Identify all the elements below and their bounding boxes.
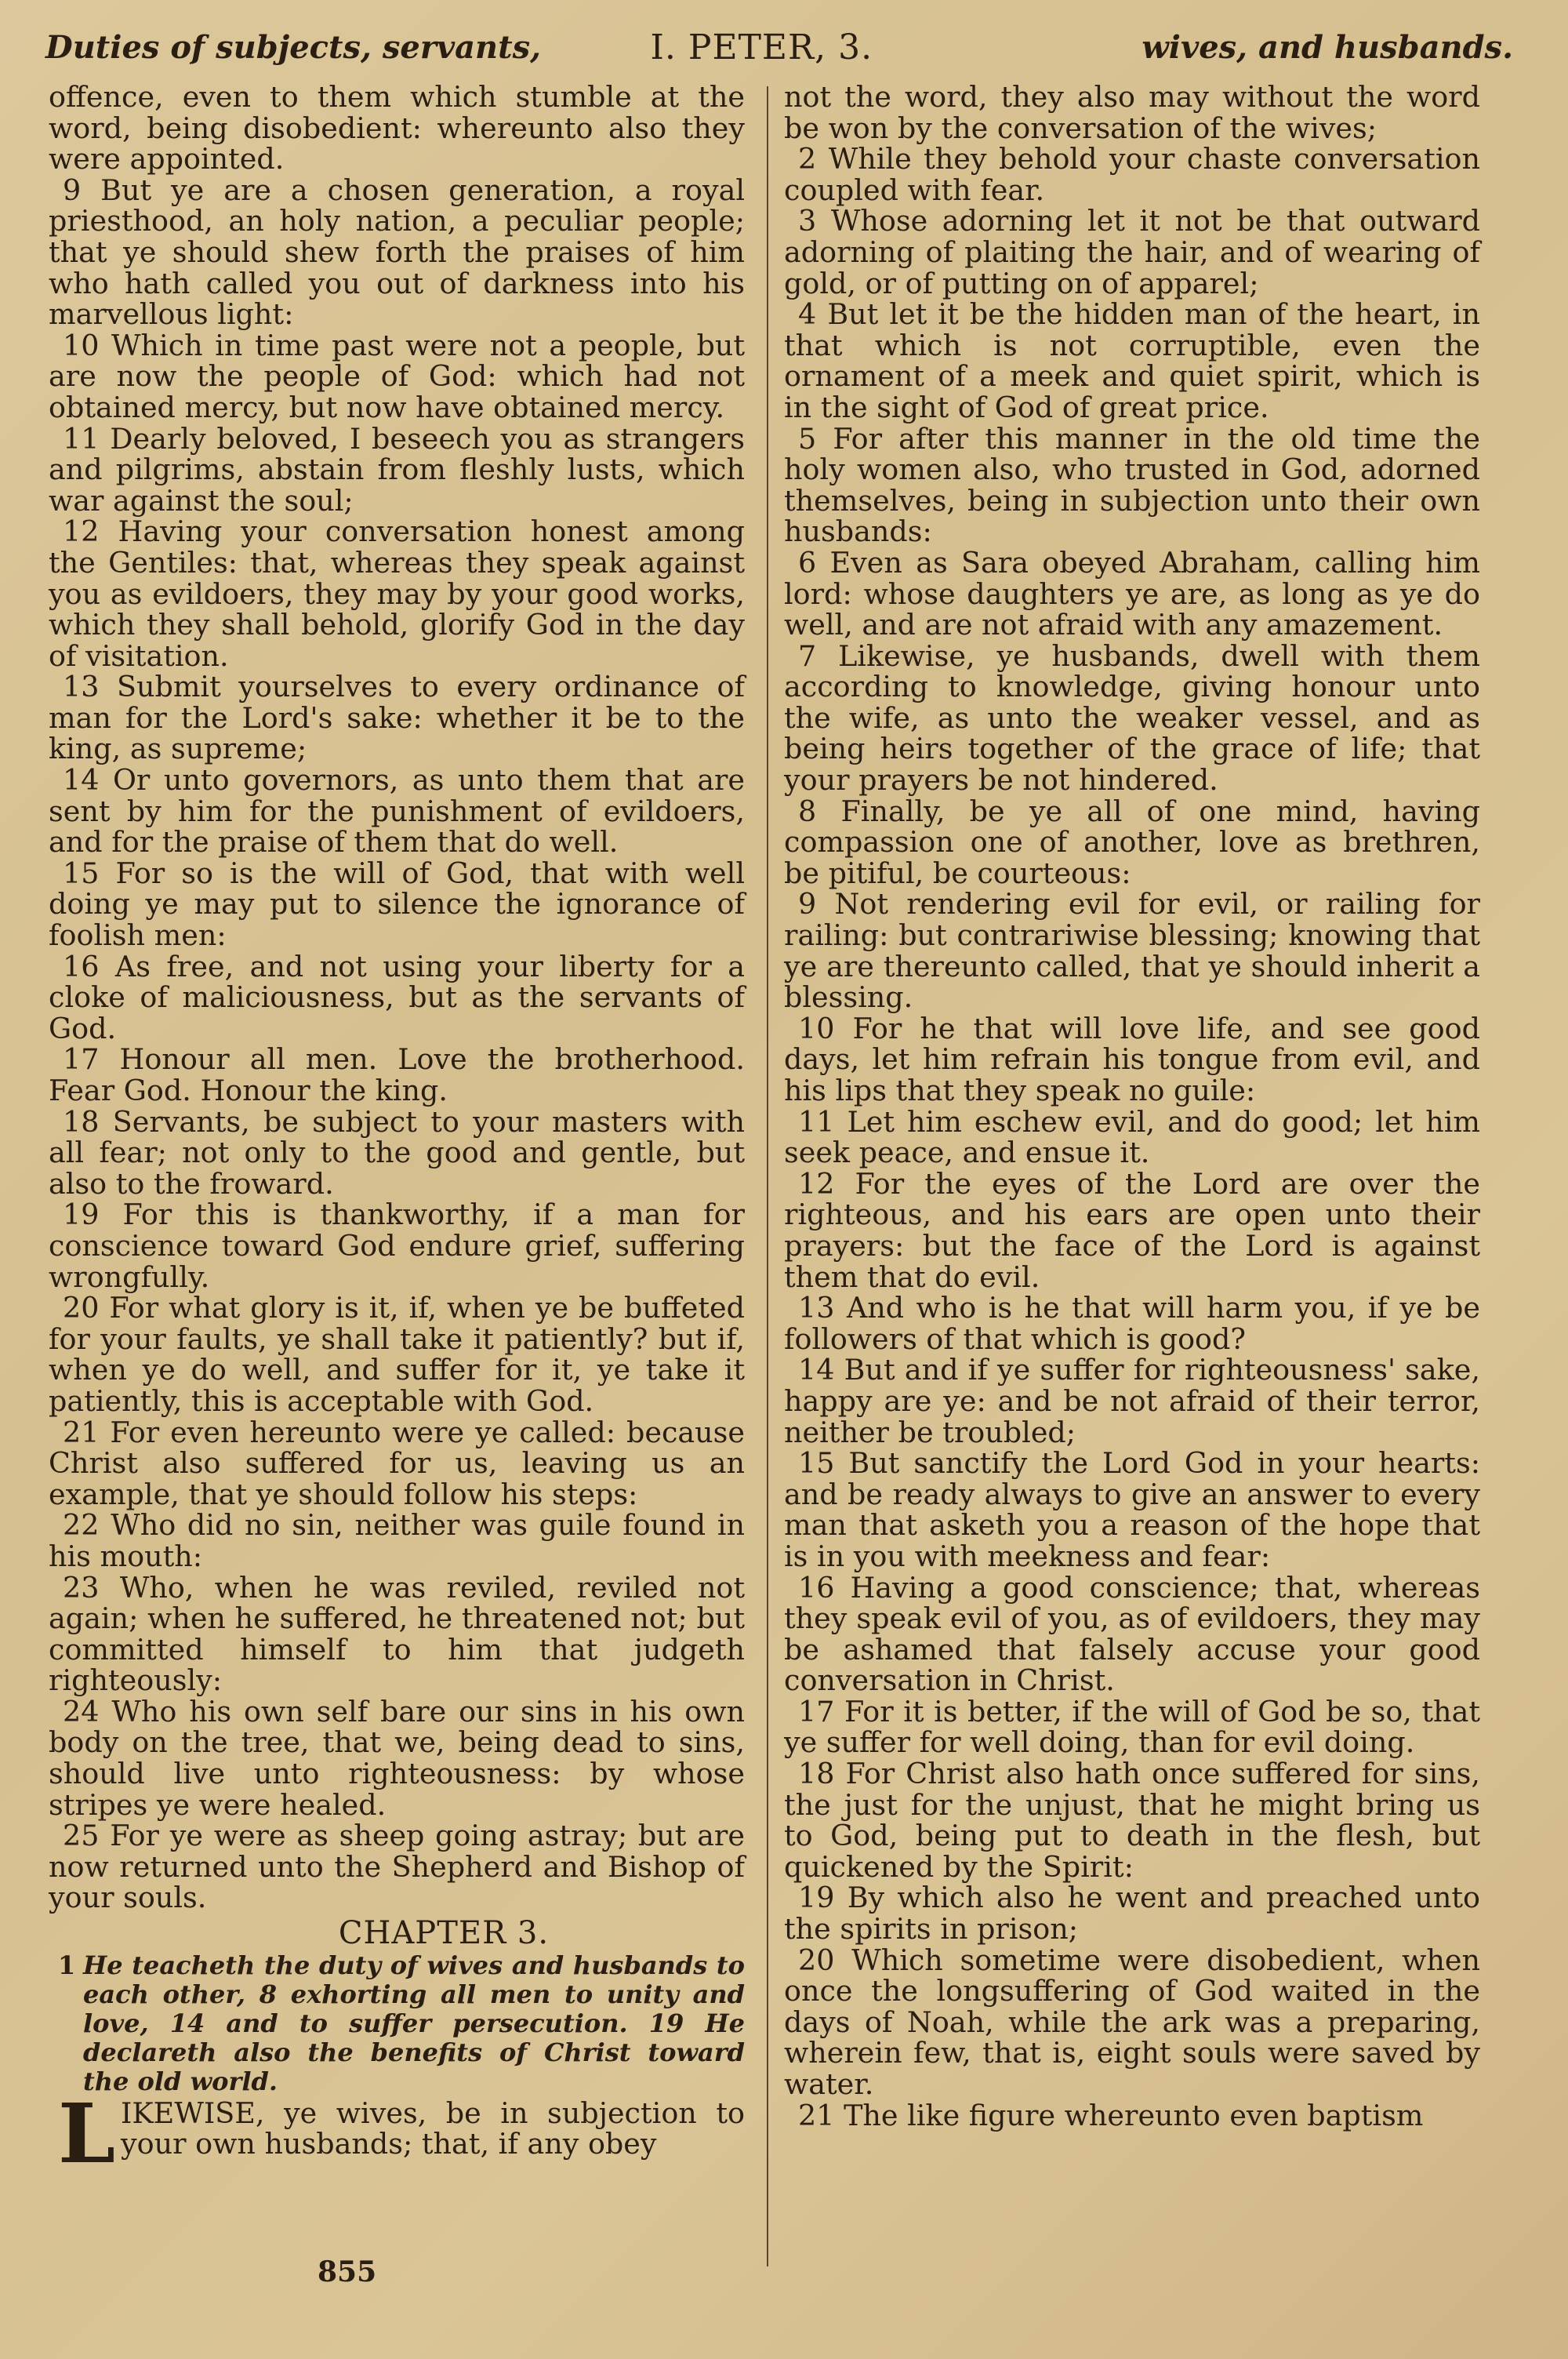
verse: 9 Not rendering evil for evil, or railin…: [784, 889, 1480, 1012]
chapter-summary: 1 He teacheth the duty of wives and husb…: [49, 1951, 745, 2096]
verse: 17 Honour all men. Love the brotherhood.…: [49, 1044, 745, 1106]
verse: 10 Which in time past were not a people,…: [49, 330, 745, 423]
verse-number: 14: [798, 1353, 834, 1387]
right-column: not the word, they also may without the …: [784, 82, 1480, 2131]
left-verse-list: 9 But ye are a chosen generation, a roya…: [49, 175, 745, 1914]
drop-cap: L: [58, 2101, 115, 2167]
verse-text: For he that will love life, and see good…: [784, 1012, 1480, 1107]
verse: 19 By which also he went and preached un…: [784, 1882, 1480, 1944]
right-verse-list: 2 While they behold your chaste conversa…: [784, 144, 1480, 2131]
header-left: Duties of subjects, servants,: [45, 29, 541, 66]
verse-text: Finally, be ye all of one mind, having c…: [784, 794, 1480, 890]
verse-number: 2: [798, 142, 816, 176]
verse-text: Honour all men. Love the brotherhood. Fe…: [49, 1042, 745, 1107]
verse: 20 Which sometime were disobedient, when…: [784, 1945, 1480, 2100]
verse: 6 Even as Sara obeyed Abraham, calling h…: [784, 547, 1480, 641]
running-header: Duties of subjects, servants, I. PETER, …: [45, 24, 1513, 71]
verse-number: 19: [63, 1198, 99, 1231]
verse: 10 For he that will love life, and see g…: [784, 1013, 1480, 1107]
verse-text: Dearly beloved, I beseech you as strange…: [49, 422, 745, 518]
verse-text: Who his own self bare our sins in his ow…: [49, 1695, 745, 1822]
verse-number: 9: [63, 173, 81, 207]
verse-number: 21: [798, 2099, 834, 2132]
verse: 21 For even hereunto were ye called: bec…: [49, 1417, 745, 1510]
verse-number: 16: [63, 950, 99, 983]
verse-text: For what glory is it, if, when ye be buf…: [49, 1291, 745, 1418]
header-book-chapter: I. PETER, 3.: [650, 27, 873, 67]
verse: 16 Having a good conscience; that, where…: [784, 1572, 1480, 1696]
summary-text: He teacheth the duty of wives and husban…: [83, 1950, 745, 2096]
verse-text: Or unto governors, as unto them that are…: [49, 763, 745, 859]
verse-number: 12: [798, 1167, 834, 1201]
verse-number: 18: [63, 1105, 99, 1139]
verse: 4 But let it be the hidden man of the he…: [784, 299, 1480, 423]
verse: 14 But and if ye suffer for righteousnes…: [784, 1354, 1480, 1448]
verse-number: 25: [63, 1819, 99, 1852]
verse-number: 22: [63, 1508, 99, 1542]
verse: 17 For it is better, if the will of God …: [784, 1696, 1480, 1758]
verse-text: Having a good conscience; that, whereas …: [784, 1571, 1480, 1698]
verse-number: 5: [798, 422, 816, 456]
header-right: wives, and husbands.: [1142, 29, 1513, 66]
verse-number: 6: [798, 546, 816, 580]
verse-number: 19: [798, 1881, 834, 1914]
verse: 12 Having your conversation honest among…: [49, 516, 745, 671]
chapter-opening: L IKEWISE, ye wives, be in subjection to…: [49, 2098, 745, 2160]
verse-number: 15: [798, 1446, 834, 1480]
verse: 7 Likewise, ye husbands, dwell with them…: [784, 641, 1480, 796]
verse: 9 But ye are a chosen generation, a roya…: [49, 175, 745, 330]
verse-text: Submit yourselves to every ordinance of …: [49, 670, 745, 765]
verse-text: Who, when he was reviled, reviled not ag…: [49, 1571, 745, 1698]
verse-number: 12: [63, 514, 99, 548]
verse-text: Even as Sara obeyed Abraham, calling him…: [784, 546, 1480, 642]
verse-text: Which in time past were not a people, bu…: [49, 329, 745, 424]
verse-number: 23: [63, 1571, 99, 1605]
verse: 18 Servants, be subject to your masters …: [49, 1107, 745, 1200]
verse-number: 21: [63, 1416, 99, 1449]
page-number: 855: [318, 2255, 376, 2288]
verse: 20 For what glory is it, if, when ye be …: [49, 1292, 745, 1416]
verse: 25 For ye were as sheep going astray; bu…: [49, 1820, 745, 1914]
verse-number: 18: [798, 1757, 834, 1790]
verse-text: Whose adorning let it not be that outwar…: [784, 204, 1480, 300]
verse-text: And who is he that will harm you, if ye …: [784, 1291, 1480, 1356]
verse-number: 7: [798, 639, 816, 673]
verse-text: For it is better, if the will of God be …: [784, 1695, 1480, 1760]
verse-number: 17: [63, 1042, 99, 1076]
verse-text: Who did no sin, neither was guile found …: [49, 1508, 745, 1573]
verse-number: 11: [63, 422, 99, 456]
verse-text: Likewise, ye husbands, dwell with them a…: [784, 639, 1480, 797]
verse-number: 4: [798, 297, 816, 331]
column-divider: [767, 86, 768, 2266]
verse: 16 As free, and not using your liberty f…: [49, 951, 745, 1045]
verse-text: For ye were as sheep going astray; but a…: [49, 1819, 745, 1914]
verse-number: 9: [798, 887, 816, 921]
verse-text: But and if ye suffer for righteousness' …: [784, 1353, 1480, 1448]
chapter-heading: CHAPTER 3.: [143, 1918, 745, 1950]
verse: 13 And who is he that will harm you, if …: [784, 1292, 1480, 1354]
verse-number: 24: [63, 1695, 99, 1728]
verse: 19 For this is thankworthy, if a man for…: [49, 1199, 745, 1292]
verse-number: 16: [798, 1571, 834, 1605]
verse-text: Having your conversation honest among th…: [49, 514, 745, 672]
verse-number: 10: [798, 1012, 834, 1045]
verse-text: For Christ also hath once suffered for s…: [784, 1757, 1480, 1884]
verse-text: For this is thankworthy, if a man for co…: [49, 1198, 745, 1293]
verse-text: Not rendering evil for evil, or railing …: [784, 887, 1480, 1014]
verse-number: 3: [798, 204, 816, 238]
summary-verse-number: 1: [58, 1951, 75, 1980]
verse-number: 11: [798, 1105, 834, 1139]
verse-text: But sanctify the Lord God in your hearts…: [784, 1446, 1480, 1573]
verse: 2 While they behold your chaste conversa…: [784, 144, 1480, 205]
verse-text: For even hereunto were ye called: becaus…: [49, 1416, 745, 1511]
verse: 5 For after this manner in the old time …: [784, 423, 1480, 547]
verse-text: The like figure whereunto even baptism: [844, 2099, 1423, 2132]
verse: 12 For the eyes of the Lord are over the…: [784, 1169, 1480, 1292]
verse-text: Which sometime were disobedient, when on…: [784, 1943, 1480, 2101]
verse-number: 20: [63, 1291, 99, 1325]
verse-text: For the eyes of the Lord are over the ri…: [784, 1167, 1480, 1294]
verse-number: 20: [798, 1943, 834, 1977]
verse: 8 Finally, be ye all of one mind, having…: [784, 796, 1480, 889]
verse-text: While they behold your chaste conversati…: [784, 142, 1480, 207]
left-column: offence, even to them which stumble at t…: [49, 82, 745, 2160]
verse: 18 For Christ also hath once suffered fo…: [784, 1758, 1480, 1882]
verse-text: But let it be the hidden man of the hear…: [784, 297, 1480, 424]
verse: 13 Submit yourselves to every ordinance …: [49, 671, 745, 765]
verse: 21 The like figure whereunto even baptis…: [784, 2100, 1480, 2132]
verse-continuation: offence, even to them which stumble at t…: [49, 82, 745, 175]
verse-number: 13: [63, 670, 99, 703]
verse-text: Servants, be subject to your masters wit…: [49, 1105, 745, 1201]
verse: 3 Whose adorning let it not be that outw…: [784, 205, 1480, 299]
verse-number: 13: [798, 1291, 834, 1325]
verse-text: Let him eschew evil, and do good; let hi…: [784, 1105, 1480, 1170]
verse: 23 Who, when he was reviled, reviled not…: [49, 1572, 745, 1696]
verse-text: As free, and not using your liberty for …: [49, 950, 745, 1045]
verse: 15 For so is the will of God, that with …: [49, 858, 745, 951]
verse: 11 Dearly beloved, I beseech you as stra…: [49, 423, 745, 517]
verse-number: 8: [798, 794, 816, 828]
verse-continuation: not the word, they also may without the …: [784, 82, 1480, 144]
verse-text: But ye are a chosen generation, a royal …: [49, 173, 745, 331]
verse-text: For so is the will of God, that with wel…: [49, 856, 745, 952]
verse: 24 Who his own self bare our sins in his…: [49, 1696, 745, 1820]
verse: 15 But sanctify the Lord God in your hea…: [784, 1448, 1480, 1572]
verse-text: By which also he went and preached unto …: [784, 1881, 1480, 1946]
verse: 14 Or unto governors, as unto them that …: [49, 765, 745, 858]
verse: 11 Let him eschew evil, and do good; let…: [784, 1107, 1480, 1169]
verse-number: 15: [63, 856, 99, 890]
verse-text: For after this manner in the old time th…: [784, 422, 1480, 549]
verse-number: 10: [63, 329, 99, 362]
verse: 22 Who did no sin, neither was guile fou…: [49, 1510, 745, 1572]
opening-text: IKEWISE, ye wives, be in subjection to y…: [121, 2096, 745, 2161]
verse-number: 14: [63, 763, 99, 797]
verse-number: 17: [798, 1695, 834, 1728]
